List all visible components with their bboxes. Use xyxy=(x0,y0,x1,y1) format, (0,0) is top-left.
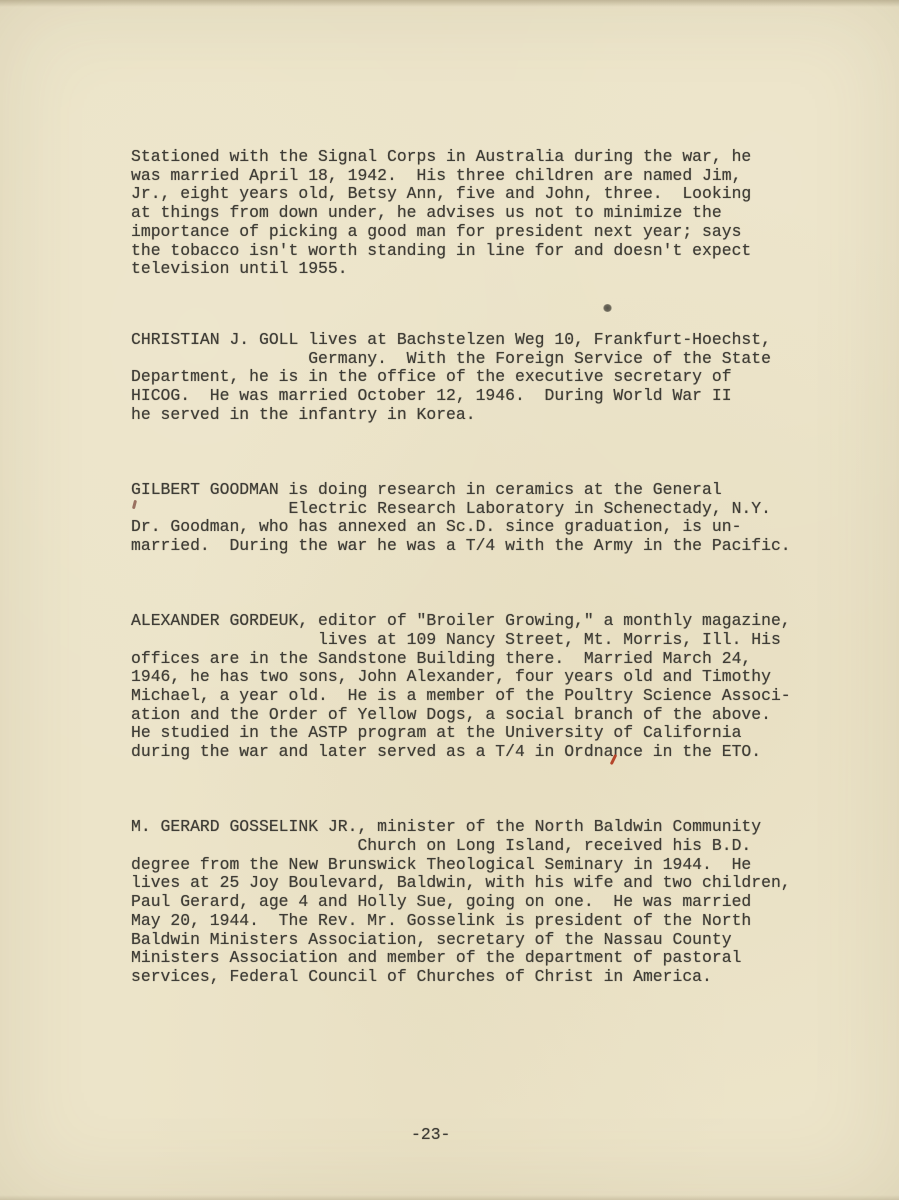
text-line: Stationed with the Signal Corps in Austr… xyxy=(131,148,791,167)
text-line: M. GERARD GOSSELINK JR., minister of the… xyxy=(131,818,791,837)
paragraph-m-gerard-gosselink-jr: M. GERARD GOSSELINK JR., minister of the… xyxy=(131,818,791,986)
text-line: Dr. Goodman, who has annexed an Sc.D. si… xyxy=(131,518,791,537)
text-line: Germany. With the Foreign Service of the… xyxy=(131,350,791,369)
text-line: degree from the New Brunswick Theologica… xyxy=(131,856,791,875)
paragraph-signal-corps-continuation: Stationed with the Signal Corps in Austr… xyxy=(131,148,791,279)
text-line: married. During the war he was a T/4 wit… xyxy=(131,537,791,556)
text-line: importance of picking a good man for pre… xyxy=(131,223,791,242)
text-line: offices are in the Sandstone Building th… xyxy=(131,650,791,669)
text-line: Electric Research Laboratory in Schenect… xyxy=(131,500,791,519)
page-body: Stationed with the Signal Corps in Austr… xyxy=(131,148,791,987)
document-page: Stationed with the Signal Corps in Austr… xyxy=(0,0,899,1200)
text-line: CHRISTIAN J. GOLL lives at Bachstelzen W… xyxy=(131,331,791,350)
text-line: Ministers Association and member of the … xyxy=(131,949,791,968)
text-line: was married April 18, 1942. His three ch… xyxy=(131,167,791,186)
text-line: lives at 109 Nancy Street, Mt. Morris, I… xyxy=(131,631,791,650)
text-line: at things from down under, he advises us… xyxy=(131,204,791,223)
text-line: Baldwin Ministers Association, secretary… xyxy=(131,931,791,950)
text-line: ALEXANDER GORDEUK, editor of "Broiler Gr… xyxy=(131,612,791,631)
text-line: the tobacco isn't worth standing in line… xyxy=(131,242,791,261)
text-line: services, Federal Council of Churches of… xyxy=(131,968,791,987)
text-line: lives at 25 Joy Boulevard, Baldwin, with… xyxy=(131,874,791,893)
text-line: He studied in the ASTP program at the Un… xyxy=(131,724,791,743)
text-line: Church on Long Island, received his B.D. xyxy=(131,837,791,856)
page-number: -23- xyxy=(411,1126,450,1145)
text-line: 1946, he has two sons, John Alexander, f… xyxy=(131,668,791,687)
text-line: ation and the Order of Yellow Dogs, a so… xyxy=(131,706,791,725)
paragraph-christian-j-goll: CHRISTIAN J. GOLL lives at Bachstelzen W… xyxy=(131,331,791,425)
ink-spot-artifact xyxy=(603,304,612,312)
text-line: Michael, a year old. He is a member of t… xyxy=(131,687,791,706)
text-line: Department, he is in the office of the e… xyxy=(131,368,791,387)
paragraph-gilbert-goodman: GILBERT GOODMAN is doing research in cer… xyxy=(131,481,791,556)
text-line: Jr., eight years old, Betsy Ann, five an… xyxy=(131,185,791,204)
text-line: Paul Gerard, age 4 and Holly Sue, going … xyxy=(131,893,791,912)
text-line: television until 1955. xyxy=(131,260,791,279)
text-line: during the war and later served as a T/4… xyxy=(131,743,791,762)
text-line: May 20, 1944. The Rev. Mr. Gosselink is … xyxy=(131,912,791,931)
text-line: HICOG. He was married October 12, 1946. … xyxy=(131,387,791,406)
paragraph-alexander-gordeuk: ALEXANDER GORDEUK, editor of "Broiler Gr… xyxy=(131,612,791,762)
text-line: he served in the infantry in Korea. xyxy=(131,406,791,425)
text-line: GILBERT GOODMAN is doing research in cer… xyxy=(131,481,791,500)
